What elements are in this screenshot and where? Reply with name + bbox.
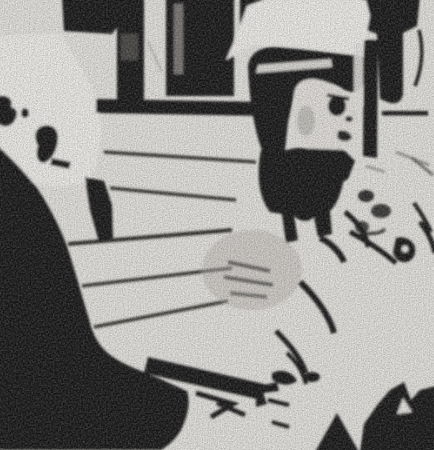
screenshot xyxy=(0,0,434,450)
photo-canvas xyxy=(0,0,434,450)
film-grain xyxy=(0,0,434,450)
photograph xyxy=(0,0,434,450)
